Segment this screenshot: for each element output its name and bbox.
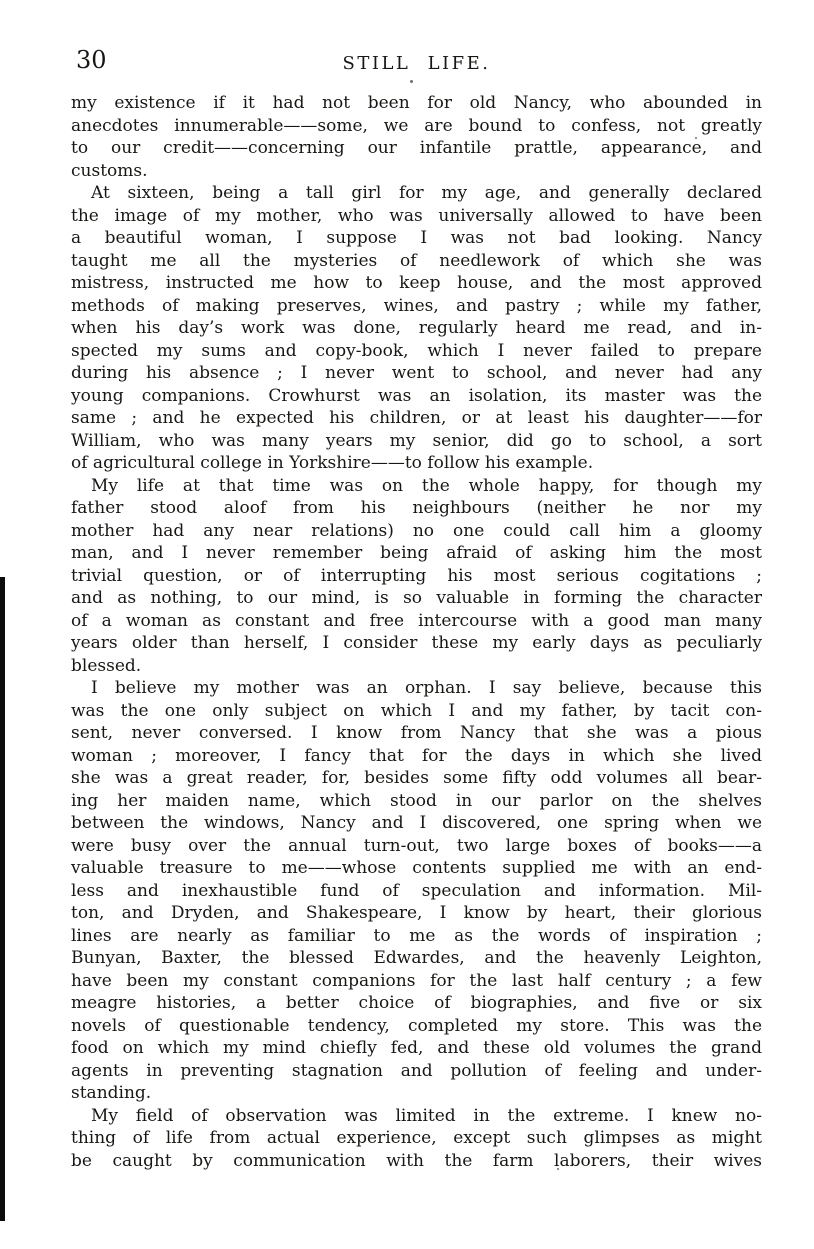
text-line: William, who was many years my senior, d… [71, 430, 762, 453]
text-line: standing. [71, 1082, 762, 1105]
book-page: 30 STILL LIFE. my existence if it had no… [0, 0, 814, 1249]
text-line: ing her maiden name, which stood in our … [71, 790, 762, 813]
text-line: were busy over the annual turn-out, two … [71, 835, 762, 858]
text-line: Bunyan, Baxter, the blessed Edwardes, an… [71, 947, 762, 970]
text-line: taught me all the mysteries of needlewor… [71, 250, 762, 273]
text-line: when his day’s work was done, regularly … [71, 317, 762, 340]
text-line: valuable treasure to me——whose contents … [71, 857, 762, 880]
scan-edge-artifact [0, 577, 5, 1221]
text-line: same ; and he expected his children, or … [71, 407, 762, 430]
text-line: my existence if it had not been for old … [71, 92, 762, 115]
paragraph: My field of observation was limited in t… [71, 1105, 762, 1173]
text-line: woman ; moreover, I fancy that for the d… [71, 745, 762, 768]
text-line: sent, never conversed. I know from Nancy… [71, 722, 762, 745]
paragraph: I believe my mother was an orphan. I say… [71, 677, 762, 1105]
text-line: to our credit——concerning our infantile … [71, 137, 762, 160]
text-line: less and inexhaustible fund of speculati… [71, 880, 762, 903]
text-line: young companions. Crowhurst was an isola… [71, 385, 762, 408]
text-line: have been my constant companions for the… [71, 970, 762, 993]
text-line: of agricultural college in Yorkshire——to… [71, 452, 762, 475]
text-line: was the one only subject on which I and … [71, 700, 762, 723]
text-line: and as nothing, to our mind, is so valua… [71, 587, 762, 610]
text-line: anecdotes innumerable——some, we are boun… [71, 115, 762, 138]
text-line: she was a great reader, for, besides som… [71, 767, 762, 790]
text-line: spected my sums and copy-book, which I n… [71, 340, 762, 363]
text-line: ton, and Dryden, and Shakespeare, I know… [71, 902, 762, 925]
text-line: trivial question, or of interrupting his… [71, 565, 762, 588]
paragraph: At sixteen, being a tall girl for my age… [71, 182, 762, 475]
text-line: methods of making preserves, wines, and … [71, 295, 762, 318]
text-line: I believe my mother was an orphan. I say… [71, 677, 762, 700]
text-line: food on which my mind chiefly fed, and t… [71, 1037, 762, 1060]
text-line: novels of questionable tendency, complet… [71, 1015, 762, 1038]
text-line: during his absence ; I never went to sch… [71, 362, 762, 385]
text-line: years older than herself, I consider the… [71, 632, 762, 655]
text-line: father stood aloof from his neighbours (… [71, 497, 762, 520]
text-line: mother had any near relations) no one co… [71, 520, 762, 543]
text-line: agents in preventing stagnation and poll… [71, 1060, 762, 1083]
paragraph: My life at that time was on the whole ha… [71, 475, 762, 678]
text-line: lines are nearly as familiar to me as th… [71, 925, 762, 948]
text-line: My field of observation was limited in t… [71, 1105, 762, 1128]
text-block: my existence if it had not been for old … [71, 92, 762, 1172]
text-line: My life at that time was on the whole ha… [71, 475, 762, 498]
text-line: blessed. [71, 655, 762, 678]
text-line: thing of life from actual experience, ex… [71, 1127, 762, 1150]
text-line: mistress, instructed me how to keep hous… [71, 272, 762, 295]
text-line: the image of my mother, who was universa… [71, 205, 762, 228]
text-line: be caught by communication with the farm… [71, 1150, 762, 1173]
paragraph: my existence if it had not been for old … [71, 92, 762, 182]
scan-speck [410, 80, 413, 83]
text-line: customs. [71, 160, 762, 183]
text-line: a beautiful woman, I suppose I was not b… [71, 227, 762, 250]
text-line: man, and I never remember being afraid o… [71, 542, 762, 565]
text-line: of a woman as constant and free intercou… [71, 610, 762, 633]
text-line: At sixteen, being a tall girl for my age… [71, 182, 762, 205]
text-line: meagre histories, a better choice of bio… [71, 992, 762, 1015]
text-line: between the windows, Nancy and I discove… [71, 812, 762, 835]
running-title: STILL LIFE. [71, 53, 762, 74]
